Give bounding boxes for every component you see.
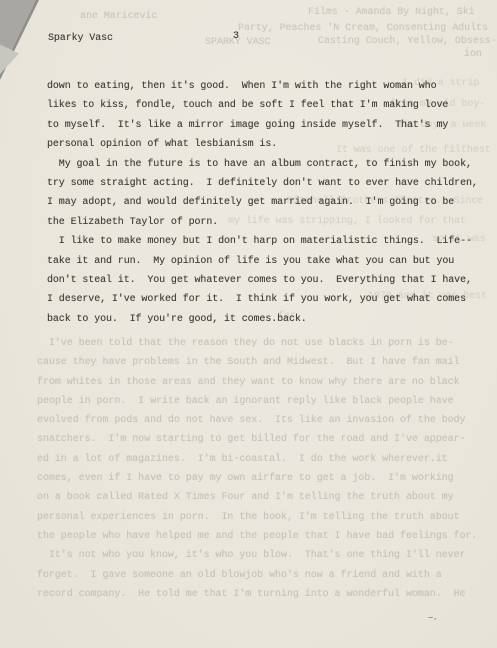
typed-line: try some straight acting. I definitely d… (47, 174, 478, 193)
ghost-line: record company. He told me that I'm turn… (37, 585, 477, 604)
scanned-typewritten-page: { "page": { "paper_color": "#e9e6dc", "t… (0, 0, 497, 648)
ghost-header-fragment: ane Maricevic (80, 11, 157, 22)
ghost-line: cause they have problems in the South an… (37, 353, 477, 372)
typed-line: to myself. It's like a mirror image goin… (47, 116, 478, 135)
document-page: ane MaricevicFilms - Amanda By Night, Sk… (0, 0, 497, 648)
ghost-line: I've been told that the reason they do n… (37, 334, 477, 353)
typed-line: I like to make money but I don't harp on… (47, 232, 478, 251)
ghost-header-fragment: ion (464, 49, 482, 60)
typed-line: I deserve, I've worked for it. I think i… (47, 290, 478, 309)
typed-line: down to eating, then it's good. When I'm… (47, 77, 478, 96)
ghost-line: snatchers. I'm now starting to get bille… (37, 430, 477, 449)
ghost-line: forget. I gave someone an old blowjob wh… (37, 566, 477, 585)
typed-line: personal opinion of what lesbianism is. (47, 135, 478, 154)
header-page-number: 3 (233, 31, 239, 42)
ghost-header-fragment: Casting Couch, Yellow, Obsess- (318, 36, 497, 47)
typed-body-text: down to eating, then it's good. When I'm… (47, 77, 478, 329)
ghost-line: people in porn. I write back an ignorant… (37, 392, 477, 411)
ghost-line: comes, even if I have to pay my own airf… (37, 469, 477, 488)
ghost-line: It's not who you know, it's who you blow… (37, 546, 477, 565)
ink-speck: ~. (428, 614, 438, 623)
typed-line: likes to kiss, fondle, touch and be soft… (47, 96, 478, 115)
typed-line: back to you. If you're good, it comes.ba… (47, 310, 478, 329)
ghost-header-fragment: Films - Amanda By Night, Ski (308, 7, 475, 18)
ghost-line: on a book called Rated X Times Four and … (37, 488, 477, 507)
ghost-line: personal experiences in porn. In the boo… (37, 508, 477, 527)
typed-line: I may adopt, and would definitely get ma… (47, 193, 478, 212)
ghost-line: the people who have helped me and the pe… (37, 527, 477, 546)
ghost-line: from whites in those areas and they want… (37, 373, 477, 392)
ghost-header-fragment: Party, Peaches 'N Cream, Consenting Adul… (238, 23, 488, 34)
typed-line: My goal in the future is to have an albu… (47, 155, 478, 174)
typed-line: the Elizabeth Taylor of porn. (47, 213, 478, 232)
ghost-bleed-through-text: I've been told that the reason they do n… (37, 334, 477, 604)
ghost-line: ed in a lot of magazines. I'm bi-coastal… (37, 450, 477, 469)
header-author: Sparky Vasc (48, 33, 113, 44)
ghost-line: evolved from pods and do not have sex. I… (37, 411, 477, 430)
typed-line: don't steal it. You get whatever comes t… (47, 271, 478, 290)
typed-line: take it and run. My opinion of life is y… (47, 252, 478, 271)
